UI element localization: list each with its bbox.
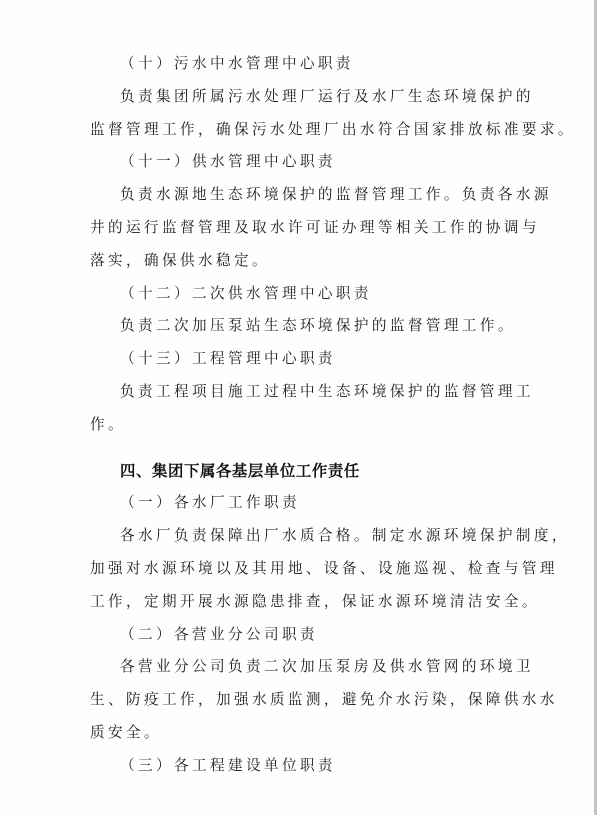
subheading-construction-units: （三）各工程建设单位职责 xyxy=(90,750,510,783)
paragraph-sales-branches: 各营业分公司负责二次加压泵房及供水管网的环境卫 生、防疫工作，加强水质监测，避免… xyxy=(90,651,510,749)
paragraph-secondary-supply-center: 负责二次加压泵站生态环境保护的监督管理工作。 xyxy=(90,310,510,343)
section-heading-grassroots-units: 四、集团下属各基层单位工作责任 xyxy=(90,455,510,488)
paragraph-sewage-center: 负责集团所属污水处理厂运行及水厂生态环境保护的 监督管理工作，确保污水处理厂出水… xyxy=(90,81,510,147)
paragraph-line: 生、防疫工作，加强水质监测，避免介水污染，保障供水水 xyxy=(90,684,510,717)
subheading-secondary-supply-center: （十二）二次供水管理中心职责 xyxy=(90,278,510,311)
subheading-sewage-center: （十）污水中水管理中心职责 xyxy=(90,48,510,81)
paragraph-water-supply-center: 负责水源地生态环境保护的监督管理工作。负责各水源 井的运行监督管理及取水许可证办… xyxy=(90,179,510,277)
subheading-water-supply-center: （十一）供水管理中心职责 xyxy=(90,146,510,179)
paragraph-line: 负责水源地生态环境保护的监督管理工作。负责各水源 xyxy=(90,179,510,212)
paragraph-line: 各水厂负责保障出厂水质合格。制定水源环境保护制度， xyxy=(90,520,510,553)
paragraph-water-plants: 各水厂负责保障出厂水质合格。制定水源环境保护制度， 加强对水源环境以及其用地、设… xyxy=(90,520,510,618)
subheading-sales-branches: （二）各营业分公司职责 xyxy=(90,619,510,652)
paragraph-line: 各营业分公司负责二次加压泵房及供水管网的环境卫 xyxy=(90,651,510,684)
subheading-water-plants: （一）各水厂工作职责 xyxy=(90,487,510,520)
paragraph-line: 作。 xyxy=(90,409,510,442)
paragraph-engineering-center: 负责工程项目施工过程中生态环境保护的监督管理工 作。 xyxy=(90,376,510,442)
paragraph-line: 负责二次加压泵站生态环境保护的监督管理工作。 xyxy=(90,310,510,343)
paragraph-line: 工作，定期开展水源隐患排查，保证水源环境清洁安全。 xyxy=(90,586,510,619)
paragraph-line: 监督管理工作，确保污水处理厂出水符合国家排放标准要求。 xyxy=(90,114,510,147)
paragraph-line: 负责集团所属污水处理厂运行及水厂生态环境保护的 xyxy=(90,81,510,114)
paragraph-line: 落实，确保供水稳定。 xyxy=(90,245,510,278)
subheading-engineering-center: （十三）工程管理中心职责 xyxy=(90,343,510,376)
paragraph-line: 加强对水源环境以及其用地、设备、设施巡视、检查与管理 xyxy=(90,553,510,586)
document-page: （十）污水中水管理中心职责 负责集团所属污水处理厂运行及水厂生态环境保护的 监督… xyxy=(0,0,594,815)
paragraph-line: 负责工程项目施工过程中生态环境保护的监督管理工 xyxy=(90,376,510,409)
paragraph-line: 井的运行监督管理及取水许可证办理等相关工作的协调与 xyxy=(90,212,510,245)
paragraph-line: 质安全。 xyxy=(90,717,510,750)
document-content: （十）污水中水管理中心职责 负责集团所属污水处理厂运行及水厂生态环境保护的 监督… xyxy=(90,48,510,783)
